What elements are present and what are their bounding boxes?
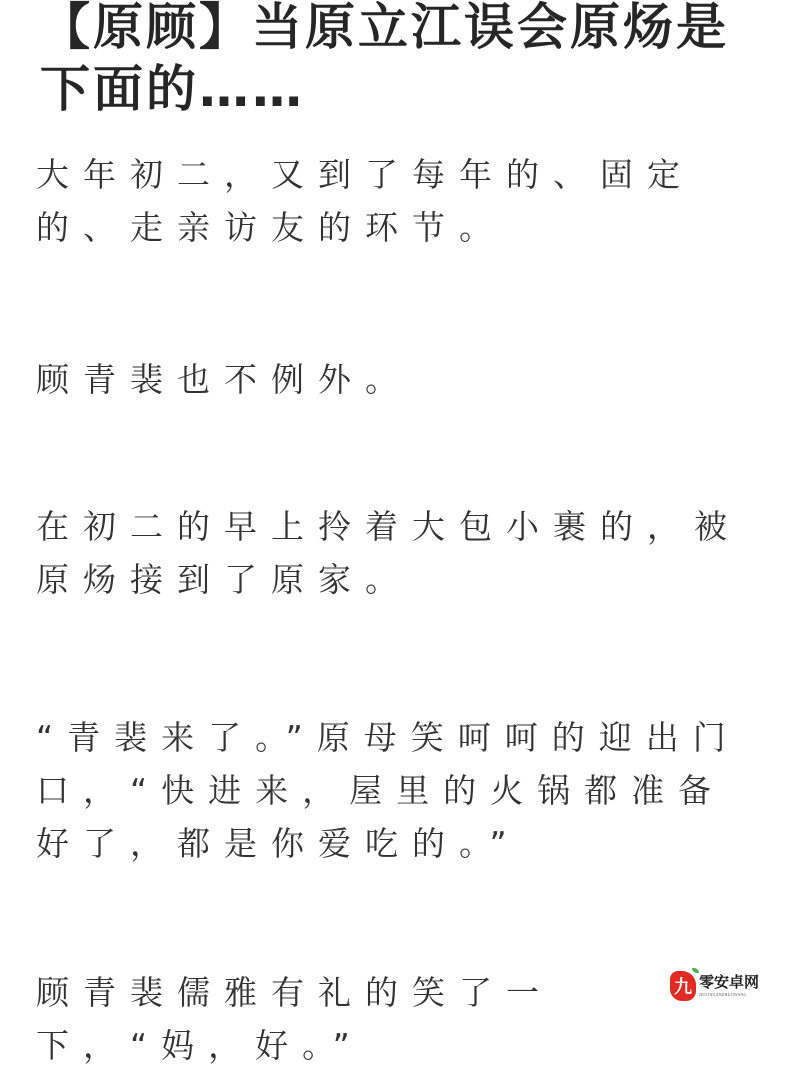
paragraph-5: 顾青裴儒雅有礼的笑了一下，“妈，好。” — [36, 966, 656, 1070]
site-watermark: 九 零安卓网 JIULINGANZHUOWANG — [670, 968, 770, 1004]
paragraph-2: 顾青裴也不例外。 — [36, 353, 766, 406]
logo-glyph: 九 — [674, 973, 692, 999]
watermark-text: 零安卓网 JIULINGANZHUOWANG — [699, 975, 759, 997]
site-logo-icon: 九 — [670, 971, 696, 1001]
watermark-site-name: 零安卓网 — [699, 975, 759, 990]
paragraph-3: 在初二的早上拎着大包小裹的，被原炀接到了原家。 — [36, 500, 766, 606]
paragraph-4: “青裴来了。”原母笑呵呵的迎出门口，“快进来，屋里的火锅都准备好了，都是你爱吃的… — [36, 711, 766, 870]
article-title: 【原顾】当原立江误会原炀是下面的…… — [40, 0, 760, 120]
leaf-icon — [692, 968, 699, 973]
paragraph-1: 大年初二，又到了每年的、固定的、走亲访友的环节。 — [36, 148, 766, 254]
watermark-subtitle: JIULINGANZHUOWANG — [699, 993, 759, 997]
